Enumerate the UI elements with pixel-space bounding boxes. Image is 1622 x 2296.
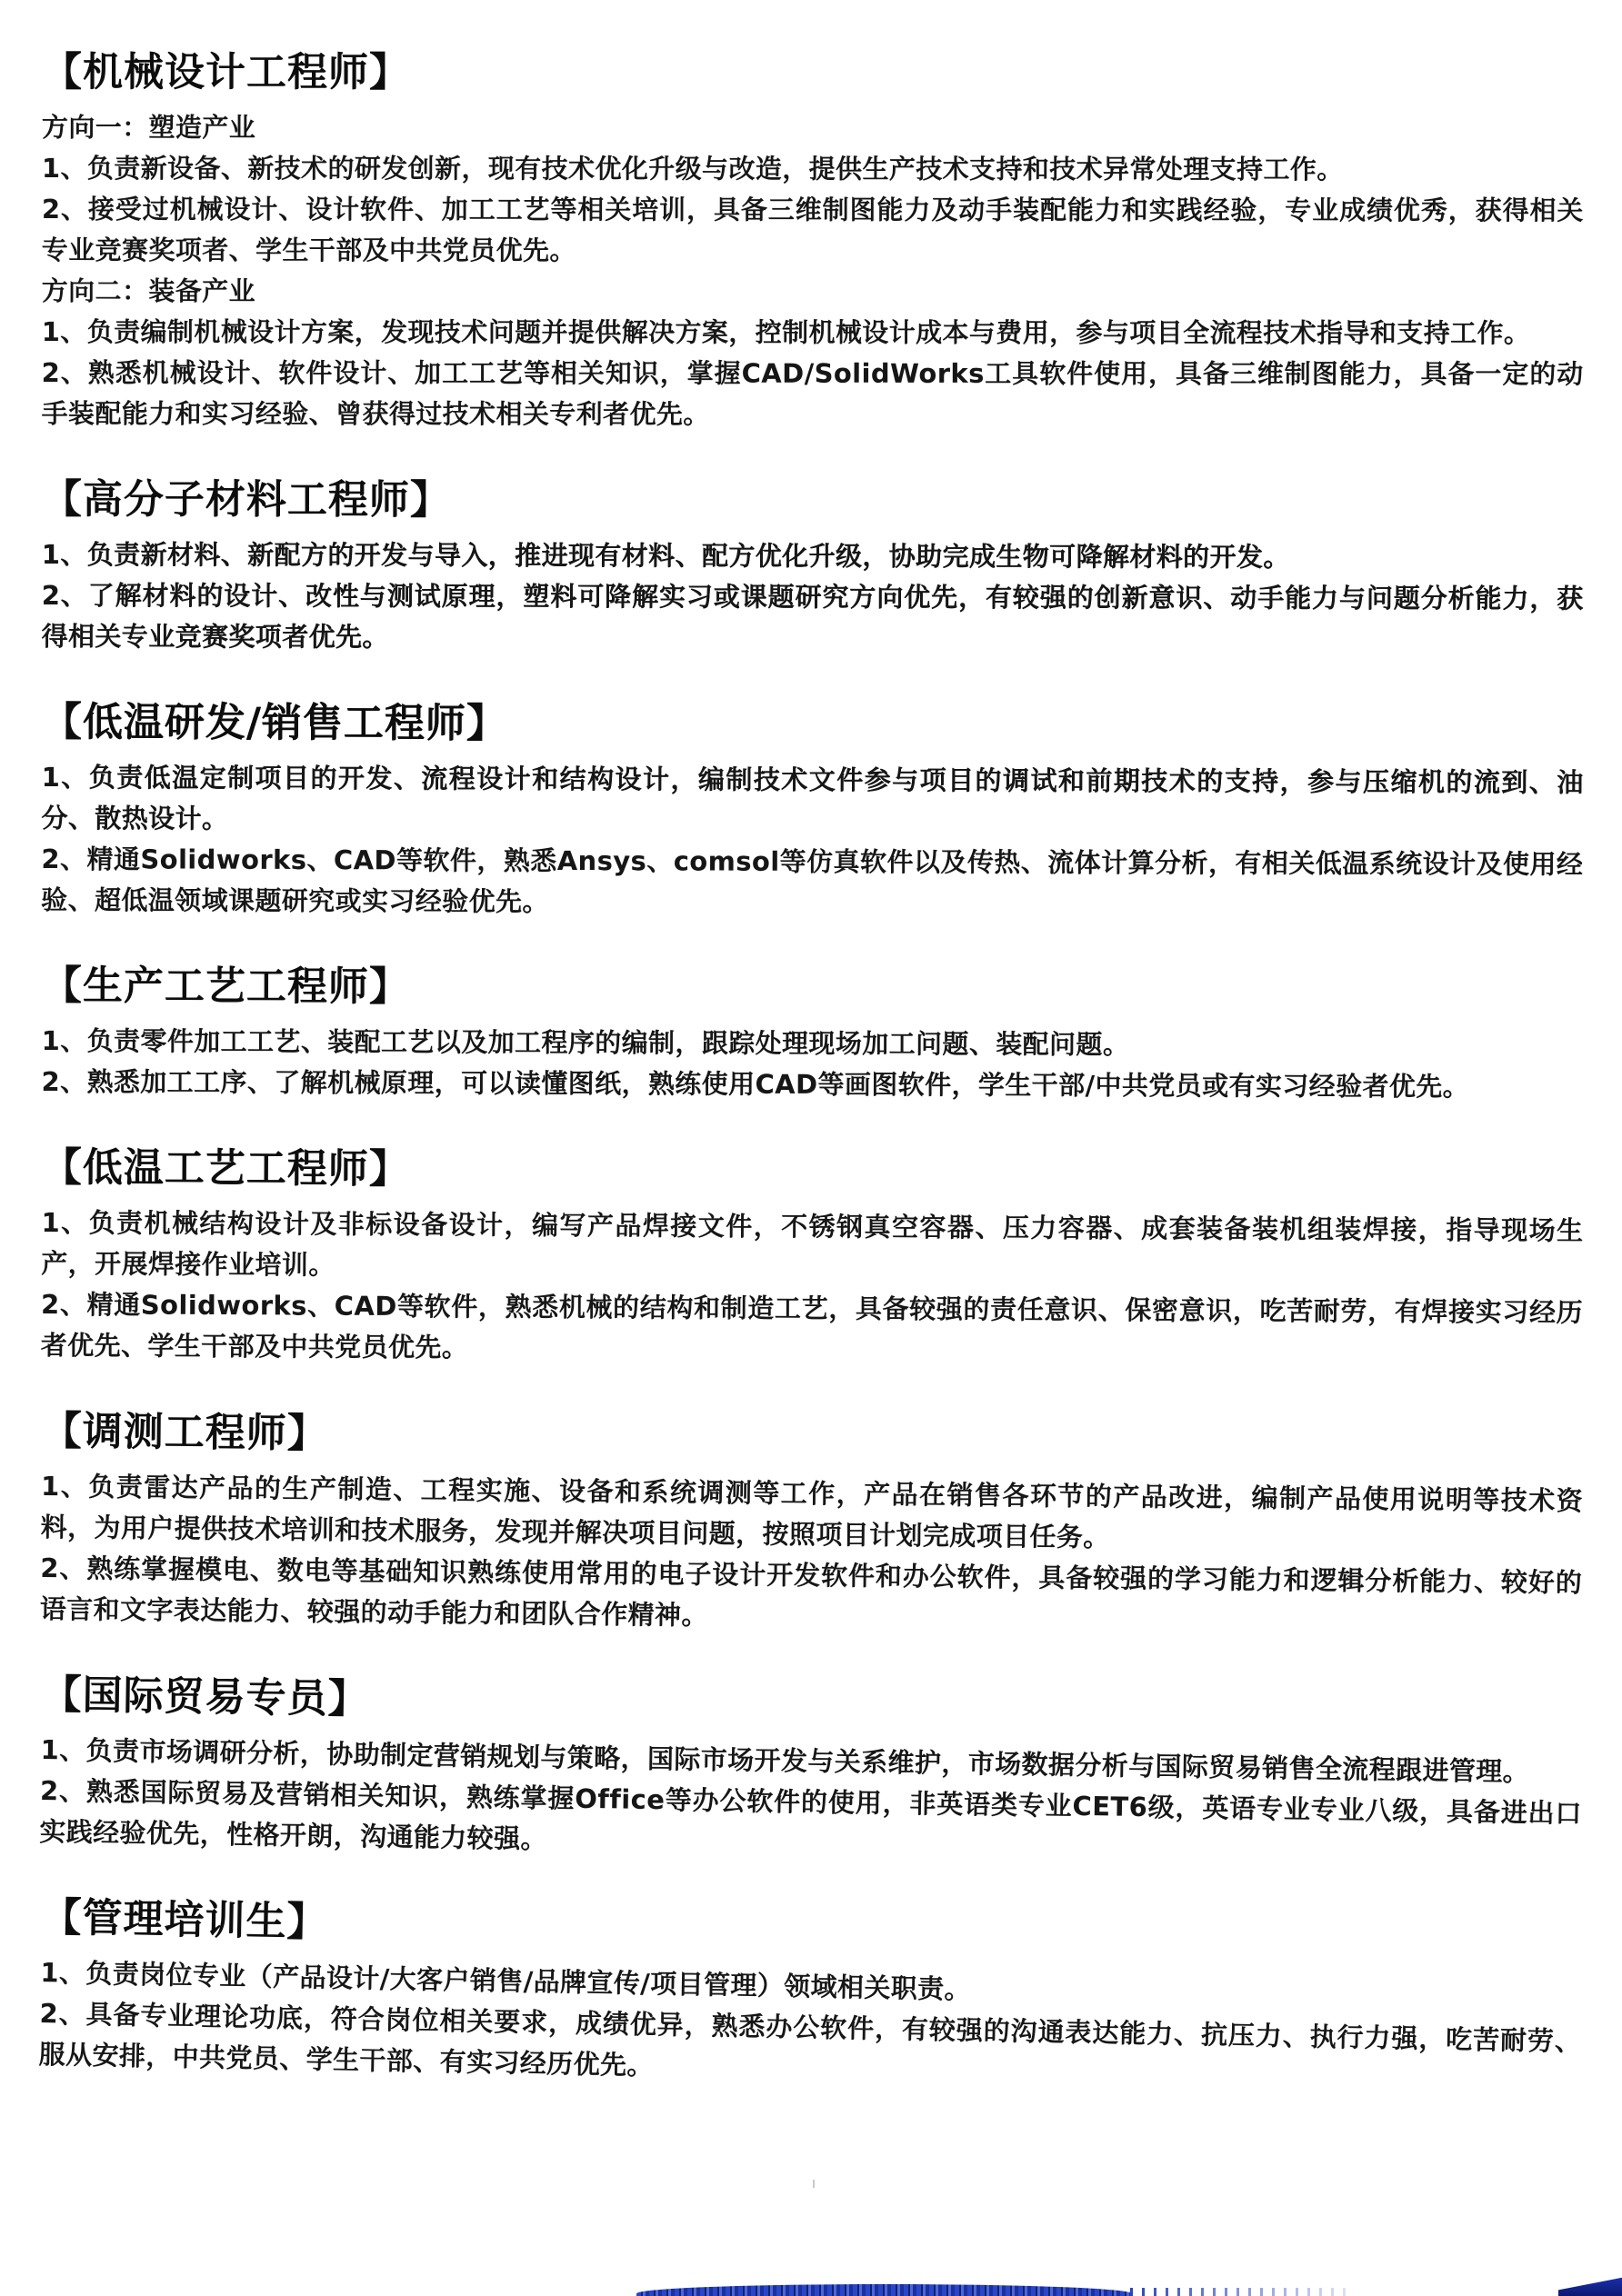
scanned-document-page: 【机械设计工程师】 方向一：塑造产业 1、负责新设备、新技术的研发创新，现有技术… (0, 0, 1622, 2296)
job-section-commissioning-test-engineer: 【调测工程师】 1、负责雷达产品的生产制造、工程实施、设备和系统调测等工作，产品… (40, 1406, 1584, 1644)
job-section-production-process-engineer: 【生产工艺工程师】 1、负责零件加工工艺、装配工艺以及加工程序的编制，跟踪处理现… (41, 961, 1584, 1108)
scan-ink-corner (1558, 2276, 1622, 2296)
job-title: 【调测工程师】 (41, 1406, 1583, 1472)
job-requirement: 2、精通Solidworks、CAD等软件，熟悉Ansys、comsol等仿真软… (41, 839, 1583, 926)
job-requirement: 2、精通Solidworks、CAD等软件，熟悉机械的结构和制造工艺，具备较强的… (41, 1284, 1583, 1374)
job-requirement: 2、了解材料的设计、改性与测试原理，塑料可降解实习或课题研究方向优先，有较强的创… (42, 575, 1584, 661)
job-requirement: 1、负责机械结构设计及非标设备设计，编写产品焊接文件，不锈钢真空容器、压力容器、… (41, 1203, 1583, 1293)
job-requirement: 1、负责低温定制项目的开发、流程设计和结构设计，编制技术文件参与项目的调试和前期… (41, 757, 1583, 844)
job-section-international-trade-specialist: 【国际贸易专员】 1、负责市场调研分析，协助制定营销规划与策略，国际市场开发与关… (39, 1670, 1584, 1875)
job-requirement: 2、熟悉机械设计、软件设计、加工工艺等相关知识，掌握CAD/SolidWorks… (42, 353, 1584, 435)
job-section-polymer-materials-engineer: 【高分子材料工程师】 1、负责新材料、新配方的开发与导入，推进现有材料、配方优化… (42, 474, 1584, 661)
direction-subhead: 方向二：装备产业 (42, 271, 1584, 313)
job-requirement: 1、负责编制机械设计方案，发现技术问题并提供解决方案，控制机械设计成本与费用，参… (42, 312, 1584, 354)
job-title: 【生产工艺工程师】 (42, 961, 1584, 1017)
scan-speck-artifact (813, 2180, 815, 2188)
job-requirement: 1、负责新材料、新配方的开发与导入，推进现有材料、配方优化升级，协助完成生物可降… (42, 534, 1584, 579)
job-requirement: 2、熟悉加工工序、了解机械原理，可以读懂图纸，熟练使用CAD等画图软件，学生干部… (41, 1062, 1583, 1108)
scan-ink-strip-dense (636, 2284, 1132, 2296)
job-section-management-trainee: 【管理培训生】 1、负责岗位专业（产品设计/大客户销售/品牌宣传/项目管理）领域… (38, 1892, 1583, 2103)
job-section-cryogenic-rd-sales-engineer: 【低温研发/销售工程师】 1、负责低温定制项目的开发、流程设计和结构设计，编制技… (41, 697, 1584, 926)
job-title: 【低温研发/销售工程师】 (42, 697, 1584, 754)
job-section-cryogenic-process-engineer: 【低温工艺工程师】 1、负责机械结构设计及非标设备设计，编写产品焊接文件，不锈钢… (41, 1143, 1584, 1374)
job-title: 【高分子材料工程师】 (42, 474, 1584, 529)
job-requirement: 1、负责零件加工工艺、装配工艺以及加工程序的编制，跟踪处理现场加工问题、装配问题… (42, 1021, 1584, 1067)
scan-ink-strip-sparse (1130, 2288, 1348, 2296)
document-body: 【机械设计工程师】 方向一：塑造产业 1、负责新设备、新技术的研发创新，现有技术… (0, 0, 1622, 2075)
direction-subhead: 方向一：塑造产业 (42, 107, 1584, 149)
job-requirement: 2、熟练掌握模电、数电等基础知识熟练使用常用的电子设计开发软件和办公软件，具备较… (40, 1548, 1583, 1644)
job-requirement: 1、负责雷达产品的生产制造、工程实施、设备和系统调测等工作，产品在销售各环节的产… (41, 1466, 1584, 1562)
job-requirement: 2、接受过机械设计、设计软件、加工工艺等相关培训，具备三维制图能力及动手装配能力… (42, 189, 1584, 272)
job-requirement: 1、负责新设备、新技术的研发创新，现有技术优化升级与改造，提供生产技术支持和技术… (42, 148, 1584, 190)
job-title: 【机械设计工程师】 (42, 47, 1584, 99)
job-section-mechanical-design-engineer: 【机械设计工程师】 方向一：塑造产业 1、负责新设备、新技术的研发创新，现有技术… (42, 47, 1584, 435)
job-title: 【低温工艺工程师】 (42, 1143, 1584, 1202)
